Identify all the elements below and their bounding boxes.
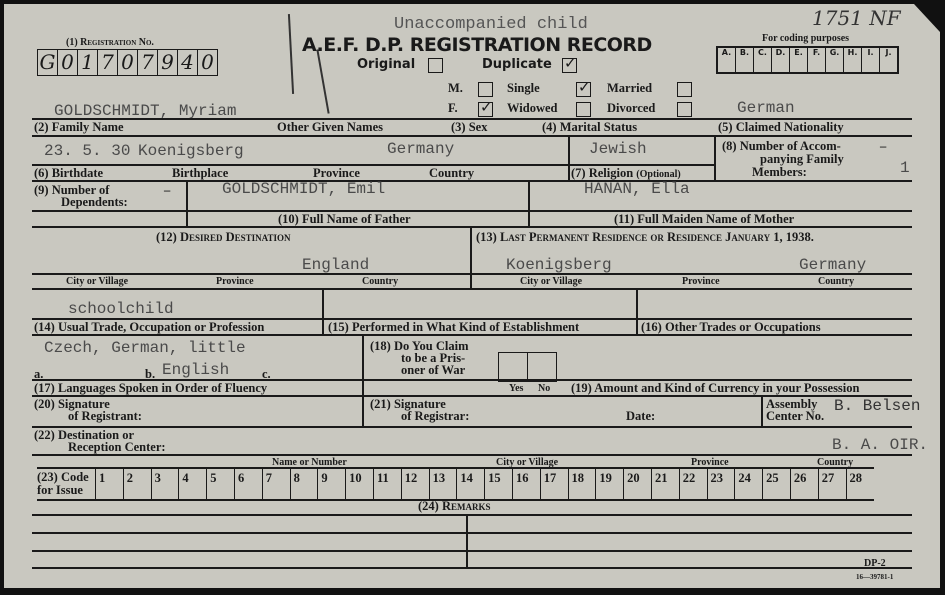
issue-cell[interactable]: 19 xyxy=(596,469,624,499)
coding-label: For coding purposes xyxy=(762,32,849,45)
issue-cell[interactable]: 26 xyxy=(791,469,819,499)
reg-digit: 0 xyxy=(58,50,78,75)
original-checkbox[interactable] xyxy=(428,58,443,73)
original-label: Original xyxy=(357,58,415,71)
mother-label: (11) Full Maiden Name of Mother xyxy=(614,213,794,226)
pow-no-label: No xyxy=(538,382,550,395)
birthdate-label: (6) Birthdate xyxy=(34,167,103,180)
registration-number-boxes: G 0 1 7 0 7 9 4 0 xyxy=(37,49,218,76)
issue-cell[interactable]: 15 xyxy=(485,469,513,499)
divider xyxy=(32,426,912,428)
unaccompanied-stamp: Unaccompanied child xyxy=(394,15,588,34)
coding-box[interactable]: C. xyxy=(754,48,772,72)
currency-label: (19) Amount and Kind of Currency in your… xyxy=(571,382,859,395)
issue-cell[interactable]: 2 xyxy=(124,469,152,499)
remarks-line xyxy=(32,514,912,516)
other-trades-label: (16) Other Trades or Occupations xyxy=(641,321,821,334)
religion-value[interactable]: Jewish xyxy=(589,140,647,158)
coding-box[interactable]: B. xyxy=(736,48,754,72)
issue-cell[interactable]: 6 xyxy=(235,469,263,499)
reg-digit: 0 xyxy=(198,50,217,75)
divider xyxy=(568,135,570,182)
res-country-label: Country xyxy=(818,275,854,288)
divider xyxy=(32,135,912,137)
issue-cell[interactable]: 20 xyxy=(624,469,652,499)
res-province-label: Province xyxy=(682,275,720,288)
divider xyxy=(32,334,912,336)
issue-cell[interactable]: 28 xyxy=(847,469,875,499)
coding-box[interactable]: H. xyxy=(844,48,862,72)
issue-cell[interactable]: 4 xyxy=(179,469,207,499)
reg-digit: 7 xyxy=(138,50,158,75)
issue-label-1: (23) Code xyxy=(37,470,89,484)
sex-m-checkbox[interactable] xyxy=(478,82,493,97)
reception-value[interactable]: B. A. OIR. xyxy=(832,436,928,454)
issue-cell[interactable]: 12 xyxy=(402,469,430,499)
family-name-label: (2) Family Name xyxy=(34,121,124,134)
issue-cell[interactable]: 11 xyxy=(374,469,402,499)
occupation-label: (14) Usual Trade, Occupation or Professi… xyxy=(34,321,264,334)
issue-cell[interactable]: 14 xyxy=(457,469,485,499)
issue-cell[interactable]: 21 xyxy=(652,469,680,499)
divider xyxy=(186,180,188,228)
code-for-issue-grid: (23) Codefor Issue 1 2 3 4 5 6 7 8 9 10 … xyxy=(37,467,874,501)
reg-digit: 7 xyxy=(98,50,118,75)
issue-cell[interactable]: 9 xyxy=(318,469,346,499)
form-title: A.E.F. D.P. REGISTRATION RECORD xyxy=(302,34,652,56)
issue-cell[interactable]: 8 xyxy=(291,469,319,499)
divider xyxy=(32,180,912,182)
religion-label: (7) Religion (Optional) xyxy=(571,167,681,181)
remarks-line xyxy=(32,567,912,569)
divider xyxy=(362,334,364,428)
sex-f-checkbox[interactable] xyxy=(478,102,493,117)
issue-cell[interactable]: 27 xyxy=(819,469,847,499)
accompanying-dash: – xyxy=(880,140,886,153)
divorced-label: Divorced xyxy=(607,102,655,115)
widowed-checkbox[interactable] xyxy=(576,102,591,117)
lang-b-value[interactable]: English xyxy=(162,361,229,379)
issue-cell[interactable]: 23 xyxy=(708,469,736,499)
divider xyxy=(761,395,763,428)
religion-optional-note: (Optional) xyxy=(636,169,680,180)
residence-country-value[interactable]: Germany xyxy=(799,256,866,274)
married-checkbox[interactable] xyxy=(677,82,692,97)
fold-mark xyxy=(316,49,329,113)
coding-box[interactable]: J. xyxy=(880,48,897,72)
birth-province-label: Province xyxy=(313,167,360,180)
duplicate-label: Duplicate xyxy=(482,58,552,71)
issue-cell[interactable]: 24 xyxy=(735,469,763,499)
sig-registrant-label-2: of Registrant: xyxy=(68,410,142,423)
other-names-label: Other Given Names xyxy=(277,121,383,134)
issue-cell[interactable]: 17 xyxy=(541,469,569,499)
issue-cell[interactable]: 3 xyxy=(152,469,180,499)
dependents-label-2: Dependents: xyxy=(61,196,128,209)
divider xyxy=(528,180,530,228)
coding-box[interactable]: E. xyxy=(790,48,808,72)
print-code: 16—39781-1 xyxy=(856,571,893,584)
registration-label: (1) Registration No. xyxy=(66,36,154,49)
destination-label: (12) Desired Destination xyxy=(156,231,291,244)
single-label: Single xyxy=(507,82,540,95)
registration-card: (1) Registration No. G 0 1 7 0 7 9 4 0 U… xyxy=(4,4,940,588)
birthplace-label: Birthplace xyxy=(172,167,228,180)
divider xyxy=(714,135,716,182)
handwritten-note: 1751 NF xyxy=(812,6,901,30)
nationality-value[interactable]: German xyxy=(737,99,795,117)
coding-box[interactable]: D. xyxy=(772,48,790,72)
coding-box[interactable]: I. xyxy=(862,48,880,72)
sex-label: (3) Sex xyxy=(451,121,487,134)
divider xyxy=(32,226,912,228)
coding-boxes: A. B. C. D. E. F. G. H. I. J. xyxy=(716,46,899,74)
issue-cell[interactable]: 22 xyxy=(680,469,708,499)
establishment-label: (15) Performed in What Kind of Establish… xyxy=(328,321,579,334)
issue-cell[interactable]: 13 xyxy=(430,469,458,499)
issue-cell[interactable]: 7 xyxy=(263,469,291,499)
pow-label-3: oner of War xyxy=(401,364,465,377)
remarks-line xyxy=(32,532,912,534)
accompanying-label-3: Members: xyxy=(752,166,807,179)
divider xyxy=(322,288,324,336)
occupation-value[interactable]: schoolchild xyxy=(68,300,174,318)
last-residence-label: (13) Last Permanent Residence or Residen… xyxy=(476,231,814,244)
coding-box[interactable]: F. xyxy=(808,48,826,72)
res-city-label: City or Village xyxy=(520,275,582,288)
divorced-checkbox[interactable] xyxy=(677,102,692,117)
issue-cell[interactable]: 10 xyxy=(346,469,374,499)
father-label: (10) Full Name of Father xyxy=(278,213,411,226)
divider xyxy=(32,273,912,275)
date-label: Date: xyxy=(626,410,655,423)
father-value[interactable]: GOLDSCHMIDT, Emil xyxy=(222,180,385,198)
issue-cell[interactable]: 16 xyxy=(513,469,541,499)
birthdate-value[interactable]: 23. 5. 30 xyxy=(44,142,130,160)
pow-no-box[interactable] xyxy=(528,352,557,382)
divider xyxy=(32,288,912,290)
issue-label-2: for Issue xyxy=(37,483,83,497)
widowed-label: Widowed xyxy=(507,102,557,115)
dependents-value[interactable]: – xyxy=(164,184,170,197)
nationality-label: (5) Claimed Nationality xyxy=(718,121,844,134)
married-label: Married xyxy=(607,82,652,95)
sex-m-label: M. xyxy=(448,82,463,95)
mother-value[interactable]: HANAN, Ella xyxy=(584,180,690,198)
accompanying-value[interactable]: 1 xyxy=(900,159,910,177)
divider xyxy=(32,454,912,456)
issue-lead: (23) Codefor Issue xyxy=(37,469,96,499)
languages-label: (17) Languages Spoken in Order of Fluenc… xyxy=(34,382,267,395)
issue-cell[interactable]: 18 xyxy=(569,469,597,499)
coding-box[interactable]: A. xyxy=(718,48,736,72)
coding-box[interactable]: G. xyxy=(826,48,844,72)
fold-mark xyxy=(288,14,294,94)
birthplace-value[interactable]: Koenigsberg xyxy=(138,142,244,160)
divider xyxy=(636,288,638,336)
issue-cell[interactable]: 25 xyxy=(763,469,791,499)
residence-city-value[interactable]: Koenigsberg xyxy=(506,256,612,274)
reg-digit: 1 xyxy=(78,50,98,75)
divider xyxy=(466,514,468,568)
reg-digit: 9 xyxy=(158,50,178,75)
birth-country-label: Country xyxy=(429,167,474,180)
dest-province-label: Province xyxy=(216,275,254,288)
assembly-label-2: Center No. xyxy=(766,410,824,423)
dest-country-label: Country xyxy=(362,275,398,288)
reception-label-2: Reception Center: xyxy=(68,441,166,454)
sig-registrar-label-2: of Registrar: xyxy=(401,410,469,423)
remarks-label: (24) Remarks xyxy=(418,500,490,513)
assembly-value[interactable]: B. Belsen xyxy=(834,397,920,415)
sex-f-label: F. xyxy=(448,102,458,115)
languages-line1[interactable]: Czech, German, little xyxy=(44,339,246,357)
dest-city-label: City or Village xyxy=(66,275,128,288)
birth-country-value[interactable]: Germany xyxy=(387,140,454,158)
issue-cell[interactable]: 1 xyxy=(96,469,124,499)
reg-digit: G xyxy=(38,50,58,75)
divider xyxy=(470,226,472,288)
duplicate-checkbox[interactable] xyxy=(562,58,577,73)
destination-country-value[interactable]: England xyxy=(302,256,369,274)
remarks-line xyxy=(32,550,912,552)
reg-digit: 0 xyxy=(118,50,138,75)
reg-digit: 4 xyxy=(178,50,198,75)
pow-yes-box[interactable] xyxy=(498,352,528,382)
single-checkbox[interactable] xyxy=(576,82,591,97)
pow-yes-label: Yes xyxy=(509,382,523,395)
religion-label-text: (7) Religion xyxy=(571,166,633,180)
issue-cell[interactable]: 5 xyxy=(207,469,235,499)
marital-label: (4) Marital Status xyxy=(542,121,637,134)
